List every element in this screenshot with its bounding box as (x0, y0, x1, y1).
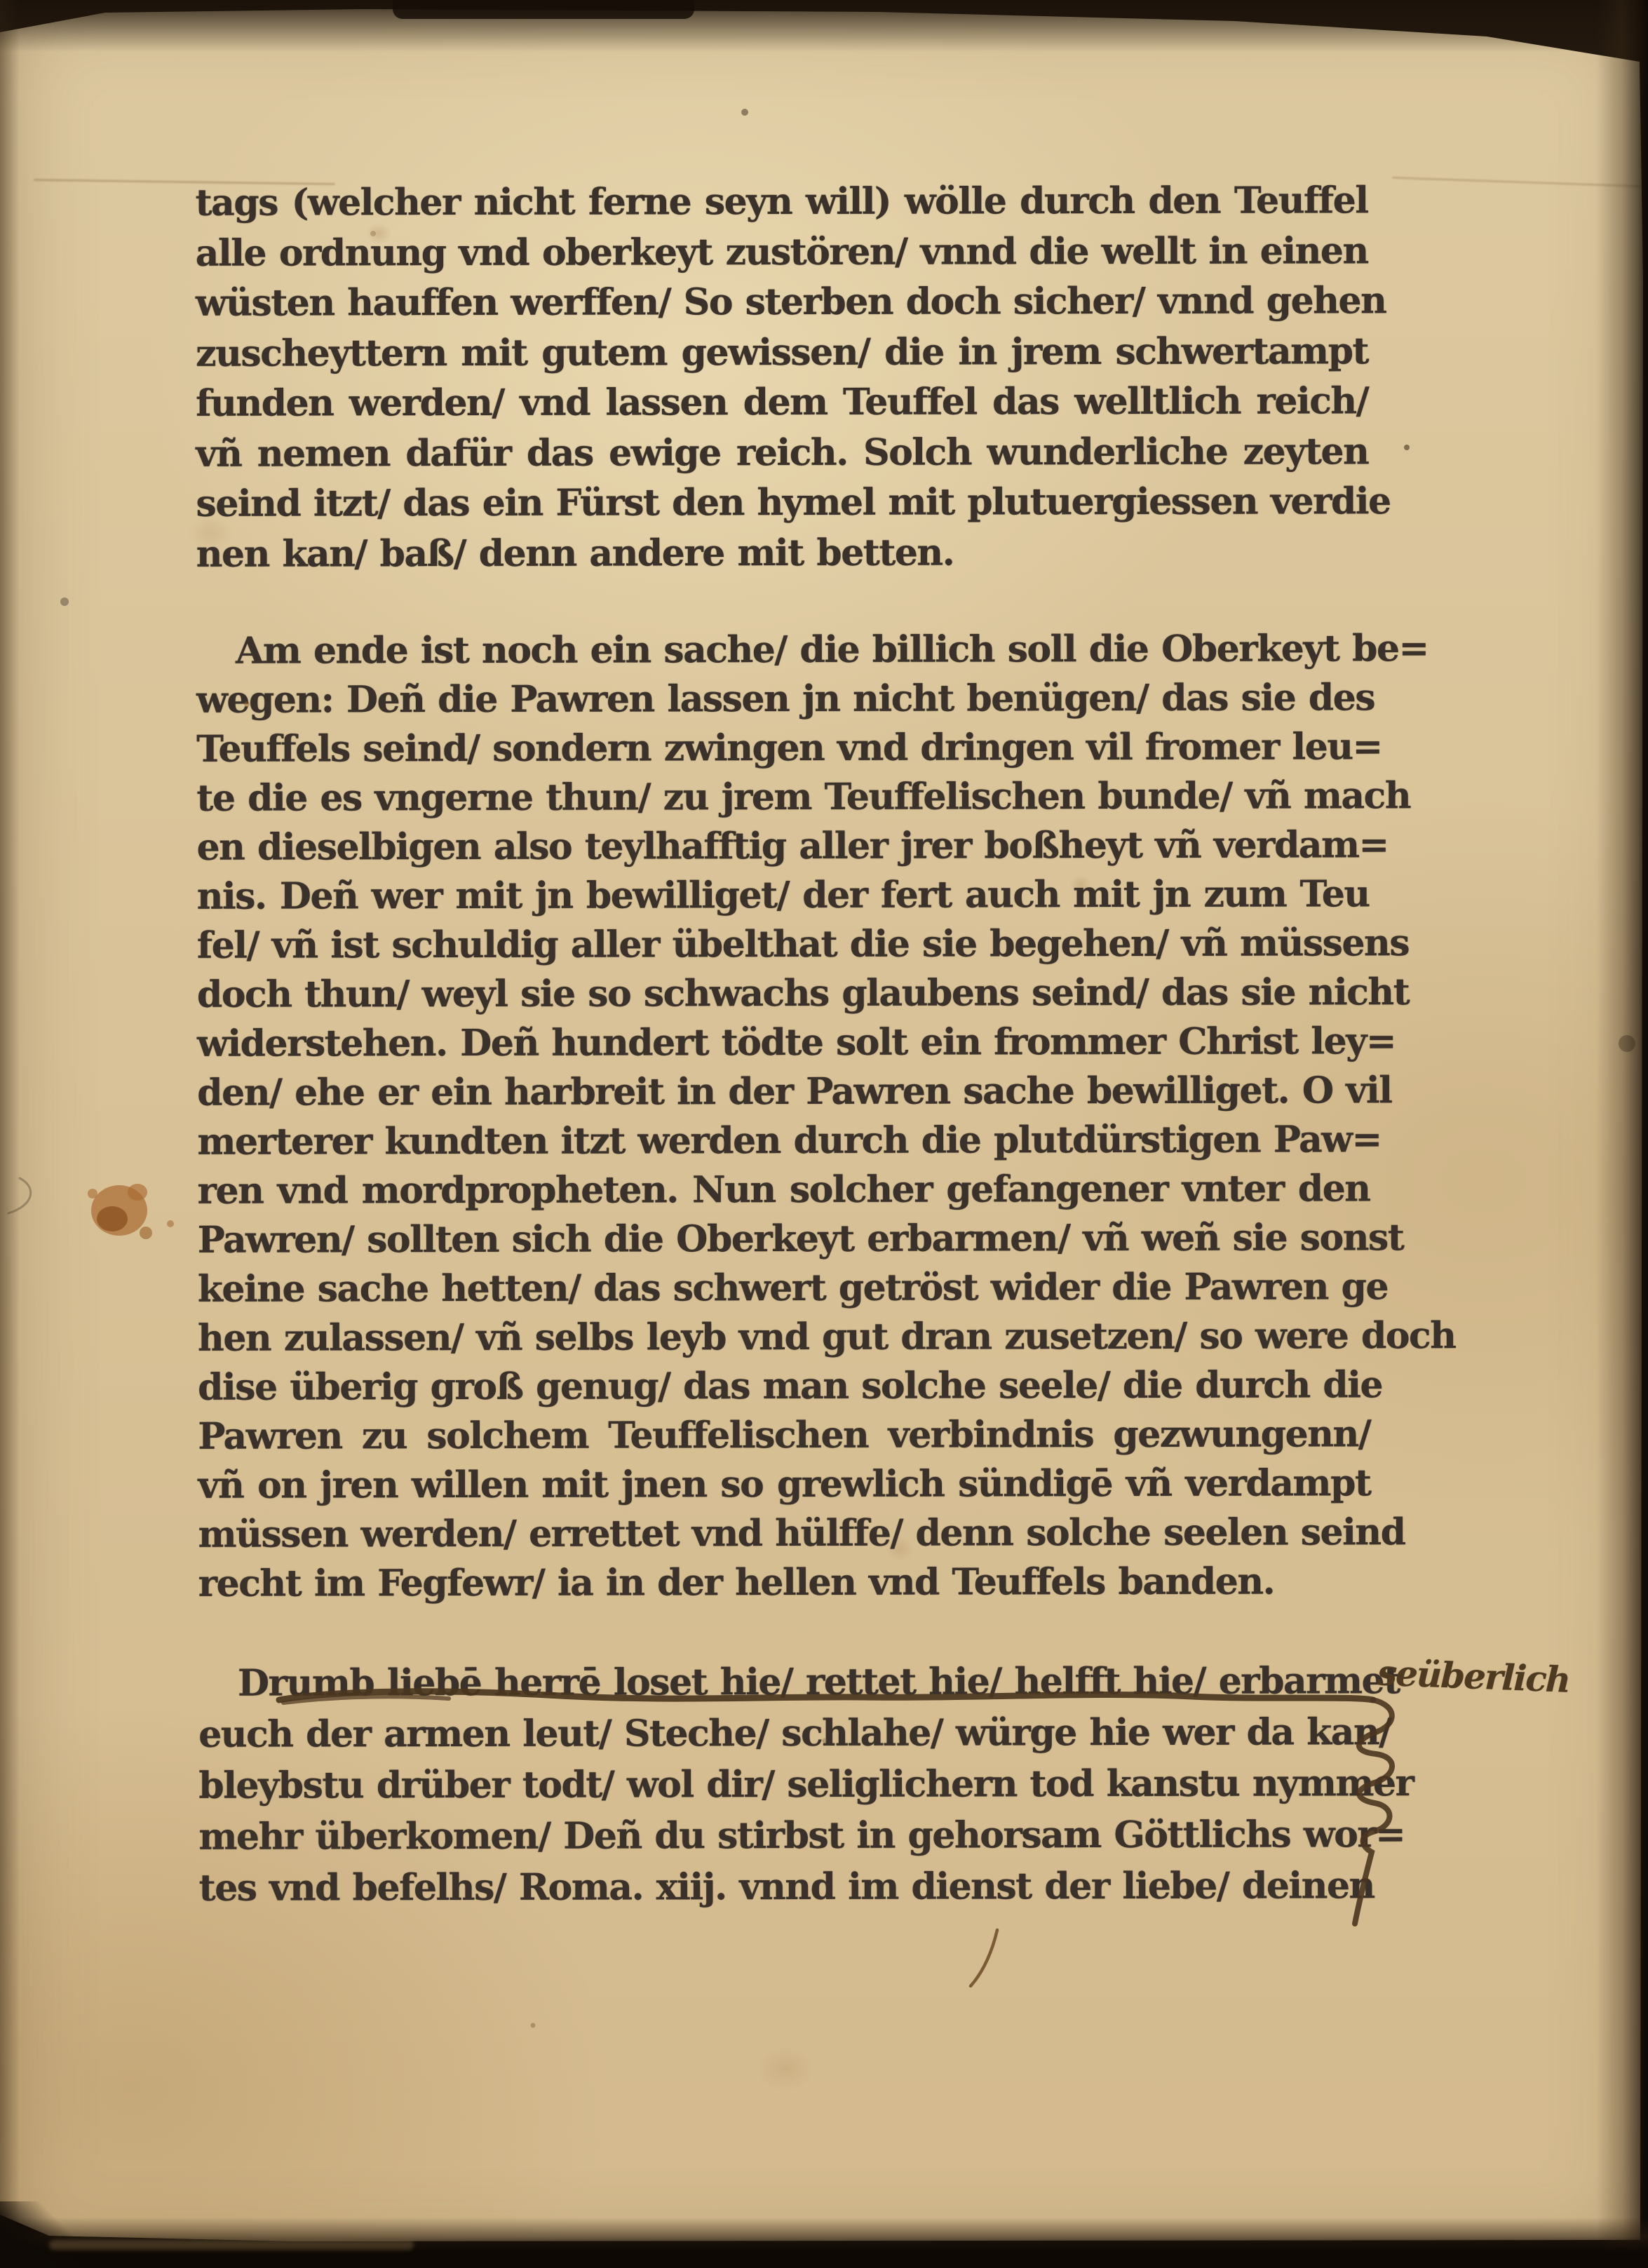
top-edge-shadow (0, 0, 1648, 67)
text-line: Pawren zu solchem Teuffelischen verbindn… (198, 1410, 1370, 1462)
text-line: vñ nemen dafür das ewige reich. Solch wu… (196, 426, 1368, 479)
text-line: mehr überkomen/ Deñ du stirbst in gehors… (198, 1809, 1371, 1863)
text-line: merterer kundten itzt werden durch die p… (197, 1115, 1370, 1167)
text-line: nis. Deñ wer mit jn bewilliget/ der fert… (197, 870, 1370, 922)
text-line: den/ ehe er ein harbreit in der Pawren s… (197, 1066, 1370, 1118)
text-line: alle ordnung vnd oberkeyt zustören/ vnnd… (196, 226, 1368, 278)
text-line: tes vnd befelhs/ Roma. xiij. vnnd im die… (199, 1860, 1372, 1914)
text-line: en dieselbigen also teylhafftig aller jr… (196, 821, 1369, 872)
text-line: zuscheyttern mit gutem gewissen/ die in … (196, 326, 1368, 379)
text-line: euch der armen leut/ Steche/ schlahe/ wü… (198, 1706, 1371, 1760)
bottom-page-edge-highlight (49, 2240, 414, 2250)
text-line: Am ende ist noch ein sache/ die billich … (196, 624, 1369, 676)
text-line: wüsten hauffen werffen/ So sterben doch … (196, 276, 1368, 328)
paragraph: tags (welcher nicht ferne seyn will) wöl… (196, 175, 1369, 579)
text-line: widerstehen. Deñ hundert tödte solt ein … (197, 1017, 1370, 1069)
text-line: vñ on jren willen mit jnen so grewlich s… (198, 1459, 1370, 1511)
text-line: keine sache hetten/ das schwert getröst … (198, 1262, 1370, 1314)
paragraph: Am ende ist noch ein sache/ die billich … (196, 624, 1371, 1608)
text-line: seind itzt/ das ein Fürst den hymel mit … (196, 476, 1368, 529)
text-line: Pawren/ sollten sich die Oberkeyt erbarm… (198, 1213, 1370, 1265)
left-edge-shadow (0, 0, 20, 2268)
text-line: Teuffels seind/ sondern zwingen vnd drin… (196, 722, 1369, 774)
text-line: hen zulassen/ vñ selbs leyb vnd gut dran… (198, 1311, 1370, 1363)
top-edge-binding (393, 0, 694, 19)
text-line: recht im Fegfewr/ ia in der hellen vnd T… (198, 1557, 1371, 1609)
text-line: tags (welcher nicht ferne seyn will) wöl… (196, 175, 1368, 228)
text-line: müssen werden/ errettet vnd hülffe/ denn… (198, 1508, 1371, 1560)
text-line: doch thun/ weyl sie so schwachs glaubens… (197, 968, 1370, 1020)
text-line: funden werden/ vnd lassen dem Teuffel da… (196, 376, 1368, 428)
bottom-left-corner-shadow (0, 2201, 105, 2268)
text-line: bleybstu drüber todt/ wol dir/ seliglich… (198, 1757, 1371, 1811)
text-line: nen kan/ baß/ denn andere mit betten. (196, 527, 1369, 579)
right-edge-shadow (1596, 0, 1648, 2268)
text-line: fel/ vñ ist schuldig aller übelthat die … (197, 919, 1370, 971)
text-line: te die es vngerne thun/ zu jrem Teuffeli… (196, 771, 1369, 823)
text-line: wegen: Deñ die Pawren lassen jn nicht be… (196, 673, 1369, 725)
scanned-book-page: tags (welcher nicht ferne seyn will) wöl… (0, 0, 1648, 2268)
text-line: ren vnd mordpropheten. Nun solcher gefan… (197, 1164, 1370, 1216)
text-line: dise überig groß genug/ das man solche s… (198, 1361, 1370, 1412)
text-line: Drumb liebē herrē loset hie/ rettet hie/… (198, 1655, 1371, 1709)
paragraph: Drumb liebē herrē loset hie/ rettet hie/… (198, 1655, 1372, 1914)
